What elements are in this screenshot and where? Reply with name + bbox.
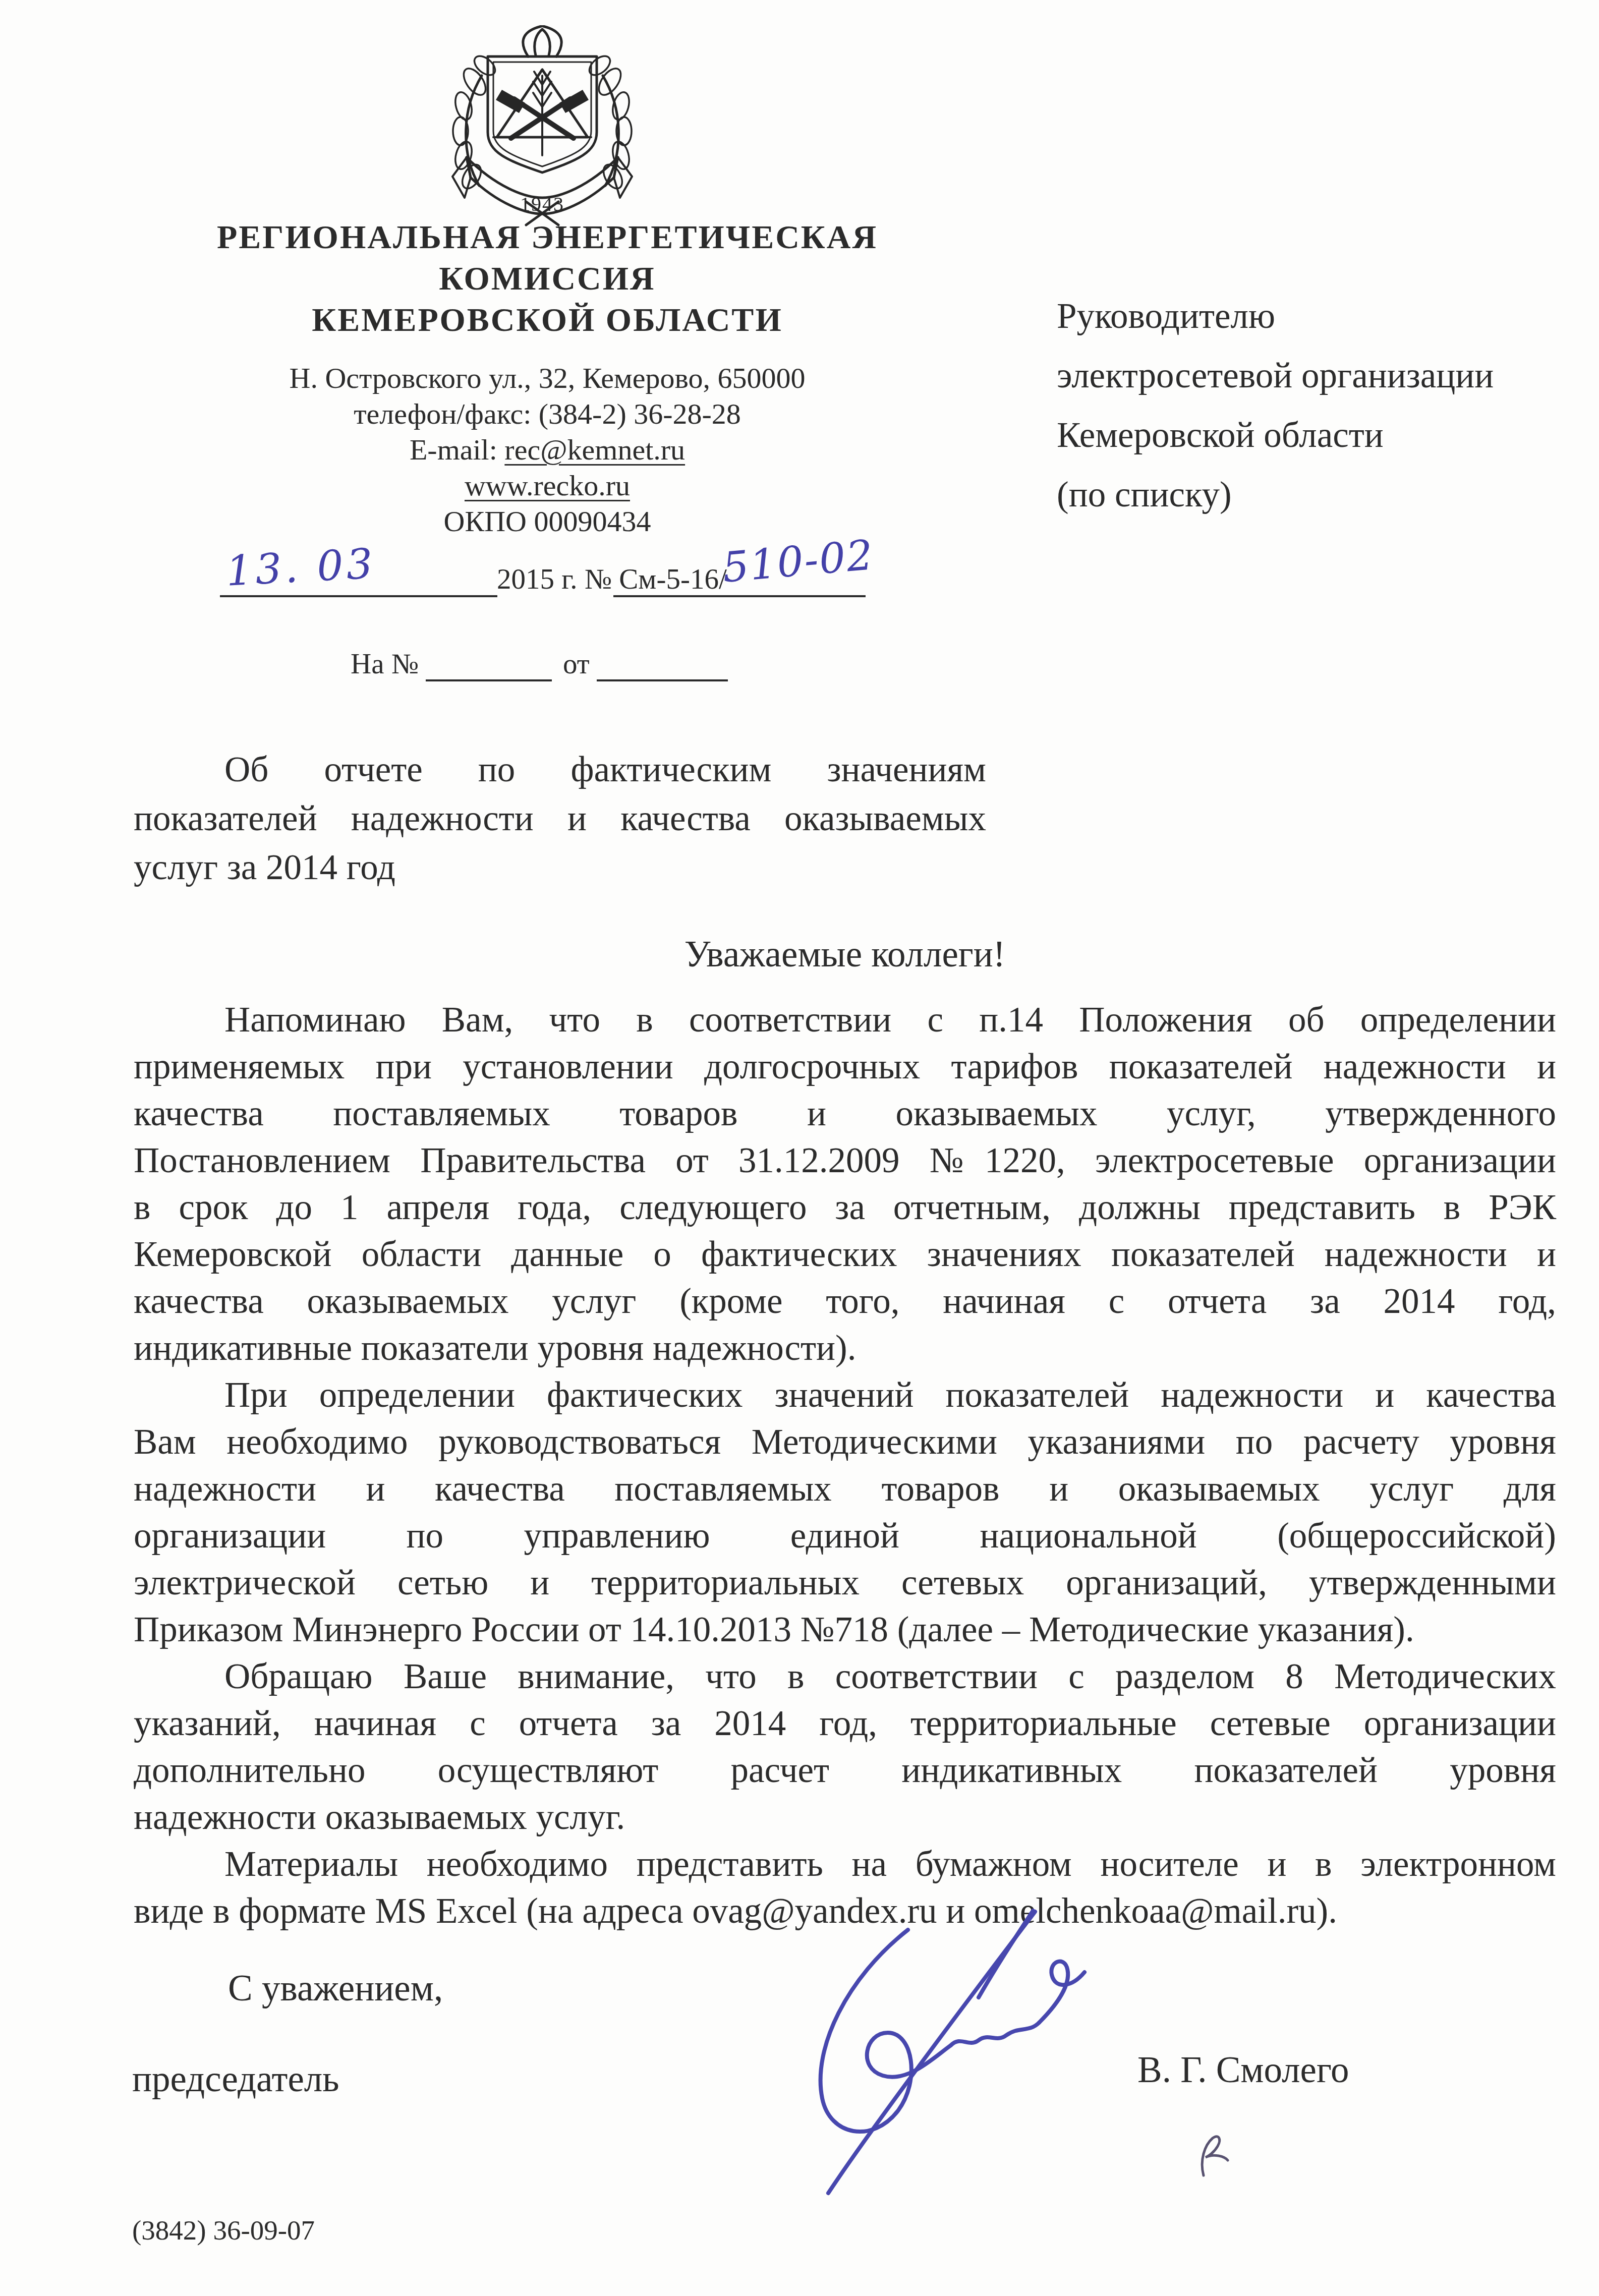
signature-autograph-icon	[696, 1881, 1140, 2204]
emblem-year: 1943	[520, 193, 564, 215]
org-email-label: E-mail:	[410, 433, 504, 466]
ot-label: от	[563, 648, 590, 680]
handwritten-date: 13. 03	[225, 540, 377, 595]
salutation: Уважаемые коллеги!	[134, 933, 1556, 975]
ot-blank	[597, 651, 728, 681]
body-line: Обращаю Ваше внимание, что в соответстви…	[134, 1653, 1556, 1700]
org-phone-fax: телефон/факс: (384-2) 36-28-28	[161, 396, 933, 432]
handwritten-number: 510-02	[720, 531, 876, 592]
body-line: индикативные показатели уровня надежност…	[134, 1325, 1556, 1372]
org-name-line: КОМИССИЯ	[161, 258, 933, 300]
closing-position: председатель	[132, 2058, 339, 2100]
body-line: указаний, начиная с отчета за 2014 год, …	[134, 1700, 1556, 1747]
body-line: надежности оказываемых услуг.	[134, 1794, 1556, 1841]
body-line: надежности и качества поставляемых товар…	[134, 1466, 1556, 1513]
body-line: Постановлением Правительства от 31.12.20…	[134, 1137, 1556, 1184]
addressee-line: Кемеровской области	[1057, 406, 1571, 465]
number-underline	[613, 595, 866, 597]
org-name-block: РЕГИОНАЛЬНАЯ ЭНЕРГЕТИЧЕСКАЯ КОМИССИЯ КЕМ…	[161, 217, 933, 341]
subject-block: Об отчете по фактическим значениям показ…	[134, 745, 986, 892]
org-website: www.recko.ru	[161, 468, 933, 503]
body-line: применяемых при установлении долгосрочны…	[134, 1044, 1556, 1090]
body-line: дополнительно осуществляют расчет индика…	[134, 1747, 1556, 1794]
body-line: При определении фактических значений пок…	[134, 1372, 1556, 1419]
body-line: качества поставляемых товаров и оказывае…	[134, 1090, 1556, 1137]
reply-reference-line: На №от	[351, 648, 728, 681]
na-label: На №	[351, 648, 419, 680]
subject-line: показателей надежности и качества оказыв…	[134, 794, 986, 843]
body-line: электрической сетью и территориальных се…	[134, 1560, 1556, 1606]
addressee-line: электросетевой организации	[1057, 346, 1571, 406]
reference-number-code: См-5-16/	[619, 563, 726, 595]
body-line: Вам необходимо руководствоваться Методич…	[134, 1419, 1556, 1466]
subject-line: услуг за 2014 год	[134, 843, 986, 892]
reference-prefix: 2015 г. №	[497, 563, 619, 595]
subject-line: Об отчете по фактическим значениям	[134, 745, 986, 794]
na-blank	[426, 651, 552, 681]
reference-number-line: 2015 г. № См-5-16/	[497, 563, 727, 596]
org-contact-block: Н. Островского ул., 32, Кемерово, 650000…	[161, 360, 933, 539]
stray-pen-mark-icon	[1195, 2131, 1236, 2182]
signer-name: В. Г. Смолего	[1137, 2049, 1349, 2091]
addressee-line: (по списку)	[1057, 465, 1571, 525]
org-name-line: КЕМЕРОВСКОЙ ОБЛАСТИ	[161, 300, 933, 341]
body-line: в срок до 1 апреля года, следующего за о…	[134, 1184, 1556, 1231]
body-line: Кемеровской области данные о фактических…	[134, 1231, 1556, 1278]
org-name-line: РЕГИОНАЛЬНАЯ ЭНЕРГЕТИЧЕСКАЯ	[161, 217, 933, 258]
org-email-line: E-mail: rec@kemnet.ru	[161, 432, 933, 468]
footer-phone: (3842) 36-09-07	[132, 2214, 315, 2246]
coat-of-arms-kemerovo-icon: 1943	[411, 25, 673, 227]
body-line: качества оказываемых услуг (кроме того, …	[134, 1278, 1556, 1325]
org-email: rec@kemnet.ru	[504, 433, 685, 466]
addressee-block: Руководителю электросетевой организации …	[1057, 286, 1571, 525]
addressee-line: Руководителю	[1057, 286, 1571, 346]
org-okpo: ОКПО 00090434	[161, 503, 933, 539]
org-address: Н. Островского ул., 32, Кемерово, 650000	[161, 360, 933, 396]
date-underline	[220, 595, 497, 597]
body-line: Напоминаю Вам, что в соответствии с п.14…	[134, 997, 1556, 1044]
letter-body: Напоминаю Вам, что в соответствии с п.14…	[134, 997, 1556, 1935]
body-line: Приказом Минэнерго России от 14.10.2013 …	[134, 1606, 1556, 1653]
closing-regards: С уважением,	[228, 1967, 443, 2010]
body-line: организации по управлению единой национа…	[134, 1513, 1556, 1560]
scanned-letter-page: 1943 РЕГИОНАЛЬНАЯ ЭНЕРГЕТИЧЕСКАЯ КОМИССИ…	[0, 0, 1599, 2296]
